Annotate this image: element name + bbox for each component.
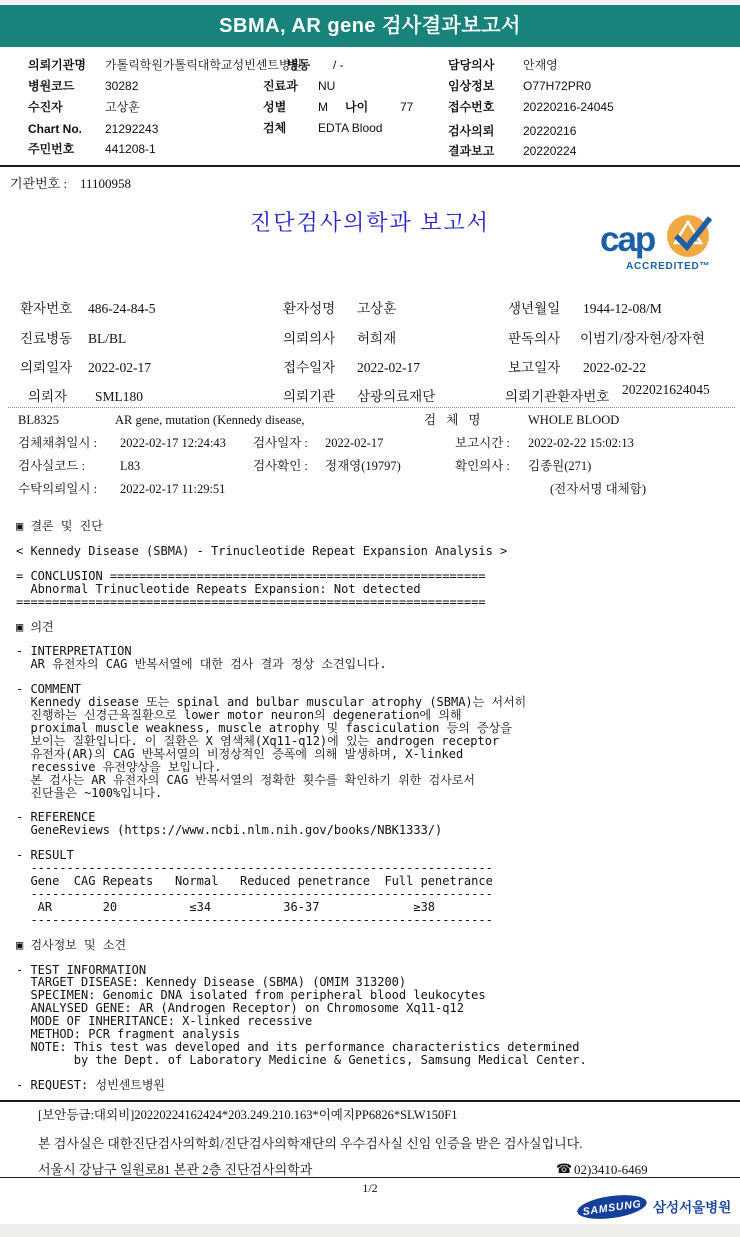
ward-label: 병동 [287, 58, 310, 72]
specimen-value: EDTA Blood [318, 121, 382, 135]
sex-label: 성별 [263, 100, 286, 114]
care-ward-label: 진료병동 [20, 331, 72, 347]
hospital-code-value: 30282 [105, 79, 138, 93]
department-label: 진료과 [263, 79, 298, 93]
reading-doctor-label: 판독의사 [508, 331, 560, 347]
confirming-doctor-label: 확인의사 : [455, 459, 510, 474]
receipt-date-value: 2022-02-17 [357, 360, 420, 376]
test-date-value: 2022-02-17 [325, 436, 383, 451]
report-date-value: 2022-02-22 [583, 360, 646, 376]
report-date-label: 보고일자 [508, 360, 560, 376]
clinical-info-value: O77H72PR0 [523, 79, 591, 93]
hospital-code-label: 병원코드 [28, 79, 74, 93]
report-banner: SBMA, AR gene 검사결과보고서 [0, 5, 740, 47]
collected-datetime-value: 2022-02-17 12:24:43 [120, 436, 226, 451]
requester-value: SML180 [95, 389, 143, 405]
institution-patient-no-value: 2022021624045 [622, 383, 722, 397]
lab-phone: 02)3410-6469 [574, 1162, 648, 1178]
result-table-block: - RESULT -------------------------------… [16, 849, 728, 926]
test-request-date-value: 20220216 [523, 124, 576, 138]
patient-no-value: 486-24-84-5 [88, 301, 156, 317]
footer-divider-bottom [0, 1177, 740, 1178]
requesting-institution-value: 삼광의료재단 [357, 389, 435, 405]
org-number-value: 11100958 [80, 176, 131, 192]
specimen-name-value: WHOLE BLOOD [528, 413, 619, 428]
receipt-no-label: 접수번호 [448, 100, 494, 114]
bottom-strip [0, 1224, 740, 1237]
footer-divider-top [0, 1100, 740, 1102]
doctor-in-charge-label: 담당의사 [448, 58, 494, 72]
age-label: 나이 [345, 100, 368, 114]
referring-doctor-value: 허희재 [357, 331, 396, 347]
test-request-date-label: 검사의뢰 [448, 124, 494, 138]
entrust-datetime-label: 수탁의뢰일시 : [18, 482, 97, 497]
test-verified-value: 정재영(19797) [325, 459, 401, 474]
chart-no-label: Chart No. [28, 122, 82, 136]
resident-no-value: 441208-1 [105, 142, 156, 156]
report-body: ▣ 결론 및 진단 < Kennedy Disease (SBMA) - Tri… [16, 520, 728, 1092]
section-dotted-divider [8, 407, 735, 408]
report-time-label: 보고시간 : [455, 436, 510, 451]
department-value: NU [318, 79, 335, 93]
patient-no-label: 환자번호 [20, 301, 72, 317]
opinion-section-title: ▣ 의견 [16, 621, 728, 634]
doctor-in-charge-value: 안재영 [523, 58, 558, 72]
specimen-name-label: 검 체 명 [424, 413, 480, 428]
result-report-date-label: 결과보고 [448, 144, 494, 158]
conclusion-section-title: ▣ 결론 및 진단 [16, 520, 728, 533]
org-number-label: 기관번호 : [10, 176, 67, 192]
hospital-name: 삼성서울병원 [653, 1199, 731, 1215]
resident-no-label: 주민번호 [28, 142, 74, 156]
accreditation-line: 본 검사실은 대한진단검사의학회/진단검사의학재단의 우수검사실 신임 인증을 … [38, 1136, 583, 1152]
examinee-value: 고상훈 [105, 100, 140, 114]
phone-icon: ☎ [556, 1161, 572, 1177]
age-value: 77 [400, 100, 413, 114]
report-time-value: 2022-02-22 15:02:13 [528, 436, 634, 451]
interpretation-block: - INTERPRETATION AR 유전자의 CAG 반복서열에 대한 검사… [16, 645, 728, 671]
samsung-hospital-logo: SAMSUNG 삼성서울병원 [576, 1192, 736, 1222]
sex-value: M [318, 100, 328, 114]
cap-accredited-logo: cap ACCREDITED™ [598, 212, 724, 274]
header-divider [0, 165, 740, 167]
birthdate-value: 1944-12-08/M [583, 301, 662, 317]
specimen-label: 검체 [263, 121, 286, 135]
lab-code-label: 검사실코드 : [18, 459, 85, 474]
requesting-org-label: 의뢰기관명 [28, 58, 86, 72]
institution-patient-no-label: 의뢰기관환자번호 [505, 389, 609, 405]
requesting-institution-label: 의뢰기관 [283, 389, 335, 405]
test-information-block: - TEST INFORMATION TARGET DISEASE: Kenne… [16, 964, 728, 1067]
test-verified-label: 검사확인 : [253, 459, 308, 474]
care-ward-value: BL/BL [88, 331, 126, 347]
ward-value: / - [333, 58, 344, 72]
birthdate-label: 생년월일 [508, 301, 560, 317]
request-date-value: 2022-02-17 [88, 360, 151, 376]
result-report-date-value: 20220224 [523, 144, 576, 158]
security-line: [보안등급:대외비]20220224162424*203.249.210.163… [38, 1108, 458, 1123]
lab-report-page: SBMA, AR gene 검사결과보고서 의뢰기관명 가톨릭학원가톨릭대학교성… [0, 0, 740, 1237]
requesting-org-value: 가톨릭학원가톨릭대학교성빈센트병원 [105, 58, 302, 72]
test-name: AR gene, mutation (Kennedy disease, [115, 413, 305, 428]
chart-no-value: 21292243 [105, 122, 158, 136]
test-code: BL8325 [18, 413, 59, 428]
requester-label: 의뢰자 [28, 389, 67, 405]
confirming-doctor-value: 김종원(271) [528, 459, 591, 474]
analysis-title-line: < Kennedy Disease (SBMA) - Trinucleotide… [16, 545, 728, 558]
cap-accredited-text: ACCREDITED™ [626, 261, 710, 272]
receipt-date-label: 접수일자 [283, 360, 335, 376]
reading-doctor-value: 이범기/장자현/장자현 [580, 331, 705, 347]
test-date-label: 검사일자 : [253, 436, 308, 451]
report-banner-title: SBMA, AR gene 검사결과보고서 [0, 5, 740, 47]
patient-name-value: 고상훈 [357, 301, 396, 317]
patient-name-label: 환자성명 [283, 301, 335, 317]
receipt-no-value: 20220216-24045 [523, 100, 614, 114]
clinical-info-label: 임상정보 [448, 79, 494, 93]
lab-address: 서울시 강남구 일원로81 본관 2층 진단검사의학과 [38, 1162, 312, 1178]
entrust-datetime-value: 2022-02-17 11:29:51 [120, 482, 225, 497]
comment-block: - COMMENT Kennedy disease 또는 spinal and … [16, 683, 728, 799]
examinee-label: 수진자 [28, 100, 63, 114]
test-info-section-title: ▣ 검사정보 및 소견 [16, 939, 728, 952]
referring-doctor-label: 의뢰의사 [283, 331, 335, 347]
lab-code-value: L83 [120, 459, 140, 474]
conclusion-block: = CONCLUSION ===========================… [16, 570, 728, 609]
request-line: - REQUEST: 성빈센트병원 [16, 1079, 728, 1092]
request-date-label: 의뢰일자 [20, 360, 72, 376]
esign-note: (전자서명 대체함) [550, 482, 646, 497]
collected-datetime-label: 검체채취일시 : [18, 436, 97, 451]
reference-block: - REFERENCE GeneReviews (https://www.ncb… [16, 811, 728, 837]
cap-logo-word: cap [600, 220, 655, 259]
